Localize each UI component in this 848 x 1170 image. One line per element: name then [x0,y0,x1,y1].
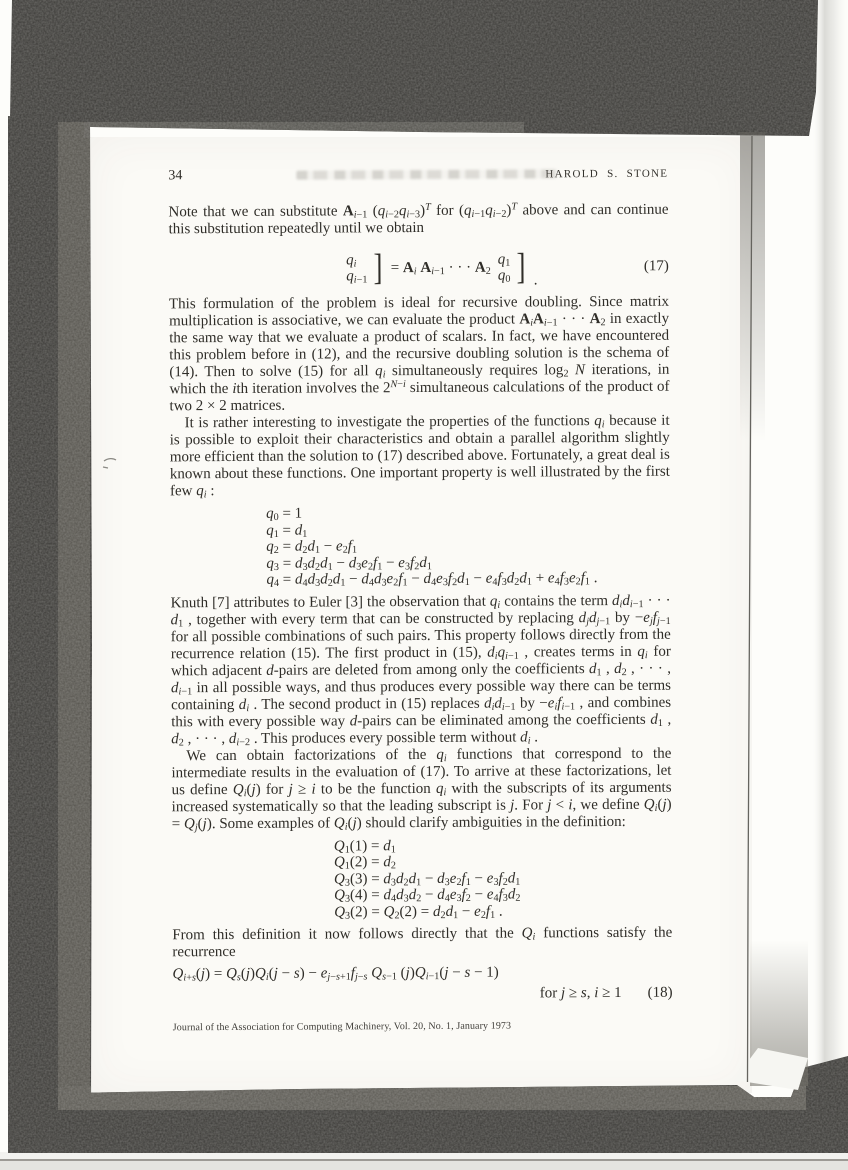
page-number: 34 [168,168,182,184]
q4-equation: q4 = d4d3d2d1 − d4d3e2f1 − d4e3f2d1 − e4… [266,570,670,589]
eq18-condition: for j ≥ s, i ≥ 1 [540,985,622,1002]
eq17-period: . [534,272,538,289]
q-function-examples: q0 = 1 q1 = d1 q2 = d2d1 − e2f1 q3 = d3d… [266,504,670,589]
Q33-equation: Q3(3) = d3d2d1 − d3e2f1 − e3f2d1 [334,869,672,887]
eq17-right-top: q1 [498,252,511,268]
eq17-right-bracket: ] [516,249,525,285]
journal-footer: Journal of the Association for Computing… [173,1020,673,1034]
ghost-print-smudge [296,169,558,179]
photocopied-journal-scan: 34 HAROLD S. STONE Note that we can subs… [0,0,848,1170]
eq18-number: (18) [648,985,673,1002]
Q34-equation: Q3(4) = d4d3d2 − d4e3f2 − e4f3d2 [334,886,672,904]
eq17-product: = Ai Ai−1 · · · A2 [391,259,491,277]
Q11-equation: Q1(1) = d1 [334,836,672,854]
paragraph-knuth-euler: Knuth [7] attributes to Euler [3] the ob… [171,592,672,748]
bottom-scan-line [0,1159,848,1161]
paragraph-properties: It is rather interesting to investigate … [170,413,670,501]
Q-function-examples: Q1(1) = d1 Q1(2) = d2 Q3(3) = d3d2d1 − d… [334,836,672,920]
paragraph-recursive-doubling: This formulation of the problem is ideal… [169,294,670,416]
book-page-edge-stripe [812,0,848,1170]
page-header: 34 HAROLD S. STONE [168,166,668,185]
paragraph-recurrence-intro: From this definition it now follows dire… [172,925,672,962]
journal-page: 34 HAROLD S. STONE Note that we can subs… [90,137,752,1093]
equation-17: qi qi−1 ] = Ai Ai−1 · · · A2 q1 q0 ] . (… [169,245,669,292]
eq17-right-vector: q1 q0 [498,252,511,284]
paragraph-factorizations: We can obtain factorizations of the qi f… [171,745,671,833]
bottom-scan-shadow [0,1161,848,1170]
eq17-left-top: qi [346,252,356,268]
paragraph-substitution: Note that we can substitute Ai−1 (qi−2qi… [168,202,668,239]
eq17-number: (17) [644,258,669,275]
Q12-equation: Q1(2) = d2 [334,853,672,871]
eq17-right-bottom: q0 [498,268,511,284]
equation-18-line1: Qi+s(j) = Qs(j)Qi(j − s) − ej−s+1fj−s Qs… [172,964,672,984]
page-content: 34 HAROLD S. STONE Note that we can subs… [88,135,755,1033]
eq17-left-bottom: qi−1 [346,268,367,284]
equation-18-line2: for j ≥ s, i ≥ 1 (18) [173,985,673,1005]
eq17-left-bracket: ] [373,250,382,286]
eq17-left-vector: qi qi−1 [346,252,367,284]
Q32-equation: Q3(2) = Q2(2) = d2d1 − e2f1 . [334,902,672,920]
running-head-author: HAROLD S. STONE [545,168,668,181]
